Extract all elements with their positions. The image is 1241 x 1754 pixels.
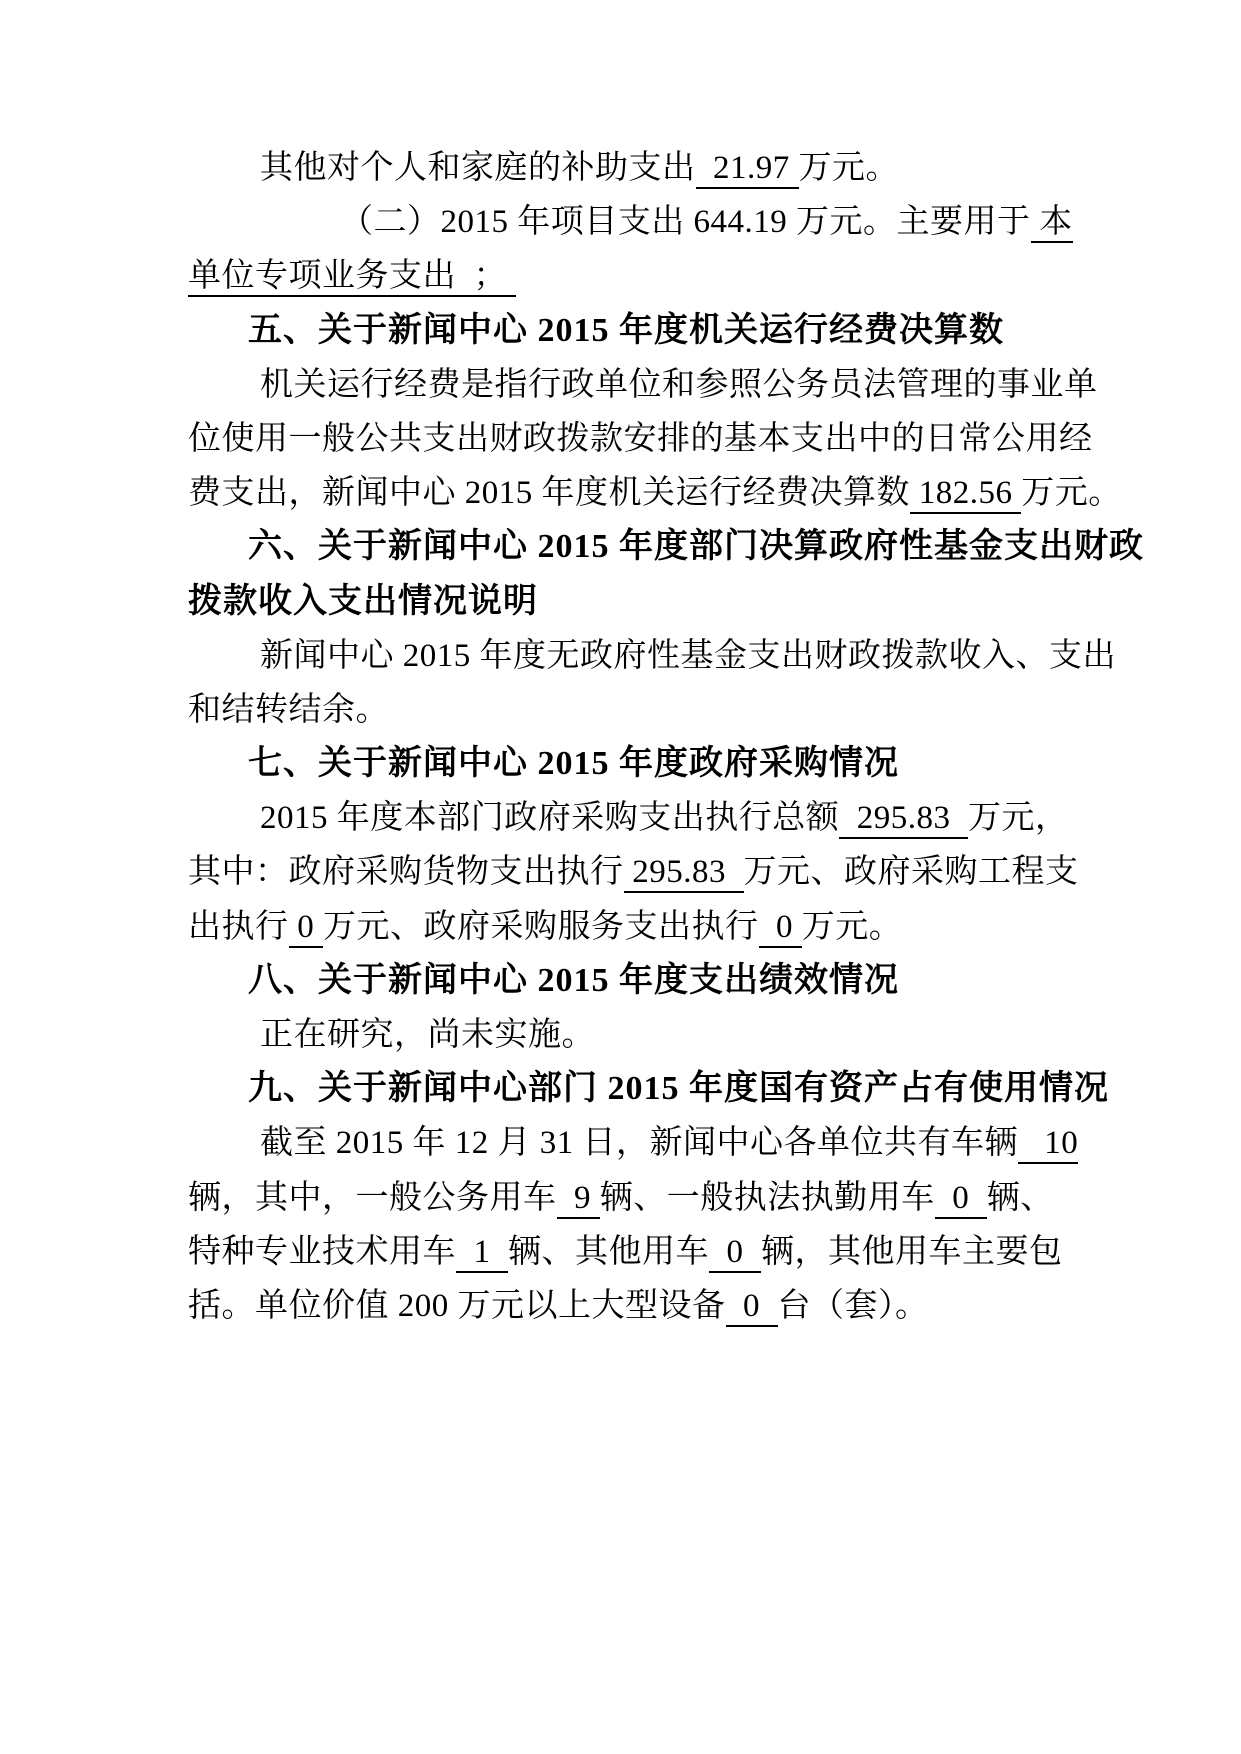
text-line-operating-expense-2: 位使用一般公共支出财政拨款安排的基本支出中的日常公用经 [188, 412, 1068, 466]
heading-text: 七、关于新闻中心 2015 年度政府采购情况 [248, 745, 899, 782]
heading-text: 六、关于新闻中心 2015 年度部门决算政府性基金支出财政 [248, 528, 1144, 565]
text-segment: 截至 2015 年 12 月 31 日，新闻中心各单位共有车辆 [260, 1125, 1018, 1161]
text-line-performance: 正在研究，尚未实施。 [188, 1008, 1068, 1062]
heading-text: 拨款收入支出情况说明 [188, 583, 538, 620]
heading-text: 九、关于新闻中心部门 2015 年度国有资产占有使用情况 [248, 1070, 1109, 1107]
text-segment: 出执行 [188, 909, 289, 945]
text-line-procurement-1: 2015 年度本部门政府采购支出执行总额 295.83 万元， [188, 791, 1068, 845]
underlined-value: 0 [726, 1288, 778, 1327]
document-page: 其他对个人和家庭的补助支出 21.97 万元。 （二）2015 年项目支出 64… [0, 0, 1241, 1754]
underlined-value: 10 [1018, 1125, 1078, 1164]
text-line-assets-3: 特种专业技术用车 1 辆、其他用车 0 辆，其他用车主要包 [188, 1225, 1068, 1279]
text-segment: 万元、政府采购工程支 [744, 854, 1079, 890]
text-segment: 括。单位价值 200 万元以上大型设备 [188, 1288, 726, 1324]
text-segment: 万元。 [1021, 475, 1122, 511]
text-segment: 辆、 [987, 1180, 1054, 1216]
underlined-value: 0 [935, 1180, 987, 1219]
text-segment: 万元。 [799, 150, 900, 186]
text-segment: 位使用一般公共支出财政拨款安排的基本支出中的日常公用经 [188, 421, 1093, 457]
document-body: 其他对个人和家庭的补助支出 21.97 万元。 （二）2015 年项目支出 64… [188, 141, 1068, 1333]
underlined-value: 21.97 [696, 150, 799, 189]
text-segment: 万元、政府采购服务支出执行 [323, 909, 759, 945]
text-segment: 其他对个人和家庭的补助支出 [260, 150, 696, 186]
section-8-heading: 八、关于新闻中心 2015 年度支出绩效情况 [188, 954, 1068, 1008]
heading-text: 五、关于新闻中心 2015 年度机关运行经费决算数 [248, 312, 1004, 349]
text-segment: 万元。 [802, 909, 903, 945]
text-line-other-subsidy: 其他对个人和家庭的补助支出 21.97 万元。 [188, 141, 1068, 195]
text-line-assets-1: 截至 2015 年 12 月 31 日，新闻中心各单位共有车辆 10 [188, 1116, 1068, 1170]
section-6-heading-cont: 拨款收入支出情况说明 [188, 575, 1068, 629]
text-line-operating-expense-1: 机关运行经费是指行政单位和参照公务员法管理的事业单 [188, 358, 1068, 412]
heading-text: 八、关于新闻中心 2015 年度支出绩效情况 [248, 962, 899, 999]
text-line-project-expense: （二）2015 年项目支出 644.19 万元。主要用于 本 [188, 195, 1068, 249]
text-line-operating-expense-3: 费支出，新闻中心 2015 年度机关运行经费决算数 182.56 万元。 [188, 466, 1068, 520]
underlined-value: 0 [709, 1234, 761, 1273]
underlined-value: 182.56 [910, 475, 1021, 514]
text-line-assets-4: 括。单位价值 200 万元以上大型设备 0 台（套）。 [188, 1279, 1068, 1333]
section-6-heading: 六、关于新闻中心 2015 年度部门决算政府性基金支出财政 [188, 520, 1068, 574]
text-line-assets-2: 辆，其中，一般公务用车 9 辆、一般执法执勤用车 0 辆、 [188, 1171, 1068, 1225]
underlined-value: 295.83 [839, 800, 968, 839]
section-7-heading: 七、关于新闻中心 2015 年度政府采购情况 [188, 737, 1068, 791]
underlined-value: 0 [759, 909, 802, 948]
text-segment: 辆、一般执法执勤用车 [600, 1180, 935, 1216]
text-segment: （二）2015 年项目支出 644.19 万元。主要用于 [340, 204, 1031, 240]
text-segment: 特种专业技术用车 [188, 1234, 456, 1270]
text-line-gov-fund-1: 新闻中心 2015 年度无政府性基金支出财政拨款收入、支出 [188, 629, 1068, 683]
text-segment: 台（套）。 [778, 1288, 929, 1324]
text-segment: 正在研究，尚未实施。 [260, 1017, 595, 1053]
text-segment: 辆，其他用车主要包 [761, 1234, 1063, 1270]
text-segment: 万元， [968, 800, 1069, 836]
text-segment: 机关运行经费是指行政单位和参照公务员法管理的事业单 [260, 367, 1098, 403]
underlined-value: 0 [289, 909, 324, 948]
text-line-procurement-3: 出执行 0 万元、政府采购服务支出执行 0 万元。 [188, 900, 1068, 954]
text-segment: 2015 年度本部门政府采购支出执行总额 [260, 800, 839, 836]
text-line-procurement-2: 其中：政府采购货物支出执行 295.83 万元、政府采购工程支 [188, 845, 1068, 899]
text-segment: 辆、其他用车 [508, 1234, 709, 1270]
text-segment: 和结转结余。 [188, 692, 389, 728]
section-5-heading: 五、关于新闻中心 2015 年度机关运行经费决算数 [188, 304, 1068, 358]
text-segment: 辆，其中，一般公务用车 [188, 1180, 557, 1216]
underlined-value: 295.83 [624, 854, 744, 893]
underlined-value: 本 [1031, 204, 1073, 243]
underlined-value: 单位专项业务支出 ； [188, 258, 516, 297]
text-segment: 新闻中心 2015 年度无政府性基金支出财政拨款收入、支出 [260, 638, 1116, 674]
underlined-value: 9 [557, 1180, 600, 1219]
text-segment: 费支出，新闻中心 2015 年度机关运行经费决算数 [188, 475, 910, 511]
section-9-heading: 九、关于新闻中心部门 2015 年度国有资产占有使用情况 [188, 1062, 1068, 1116]
underlined-value: 1 [456, 1234, 508, 1273]
text-line-project-expense-cont: 单位专项业务支出 ； [188, 249, 1068, 303]
text-segment: 其中：政府采购货物支出执行 [188, 854, 624, 890]
text-line-gov-fund-2: 和结转结余。 [188, 683, 1068, 737]
